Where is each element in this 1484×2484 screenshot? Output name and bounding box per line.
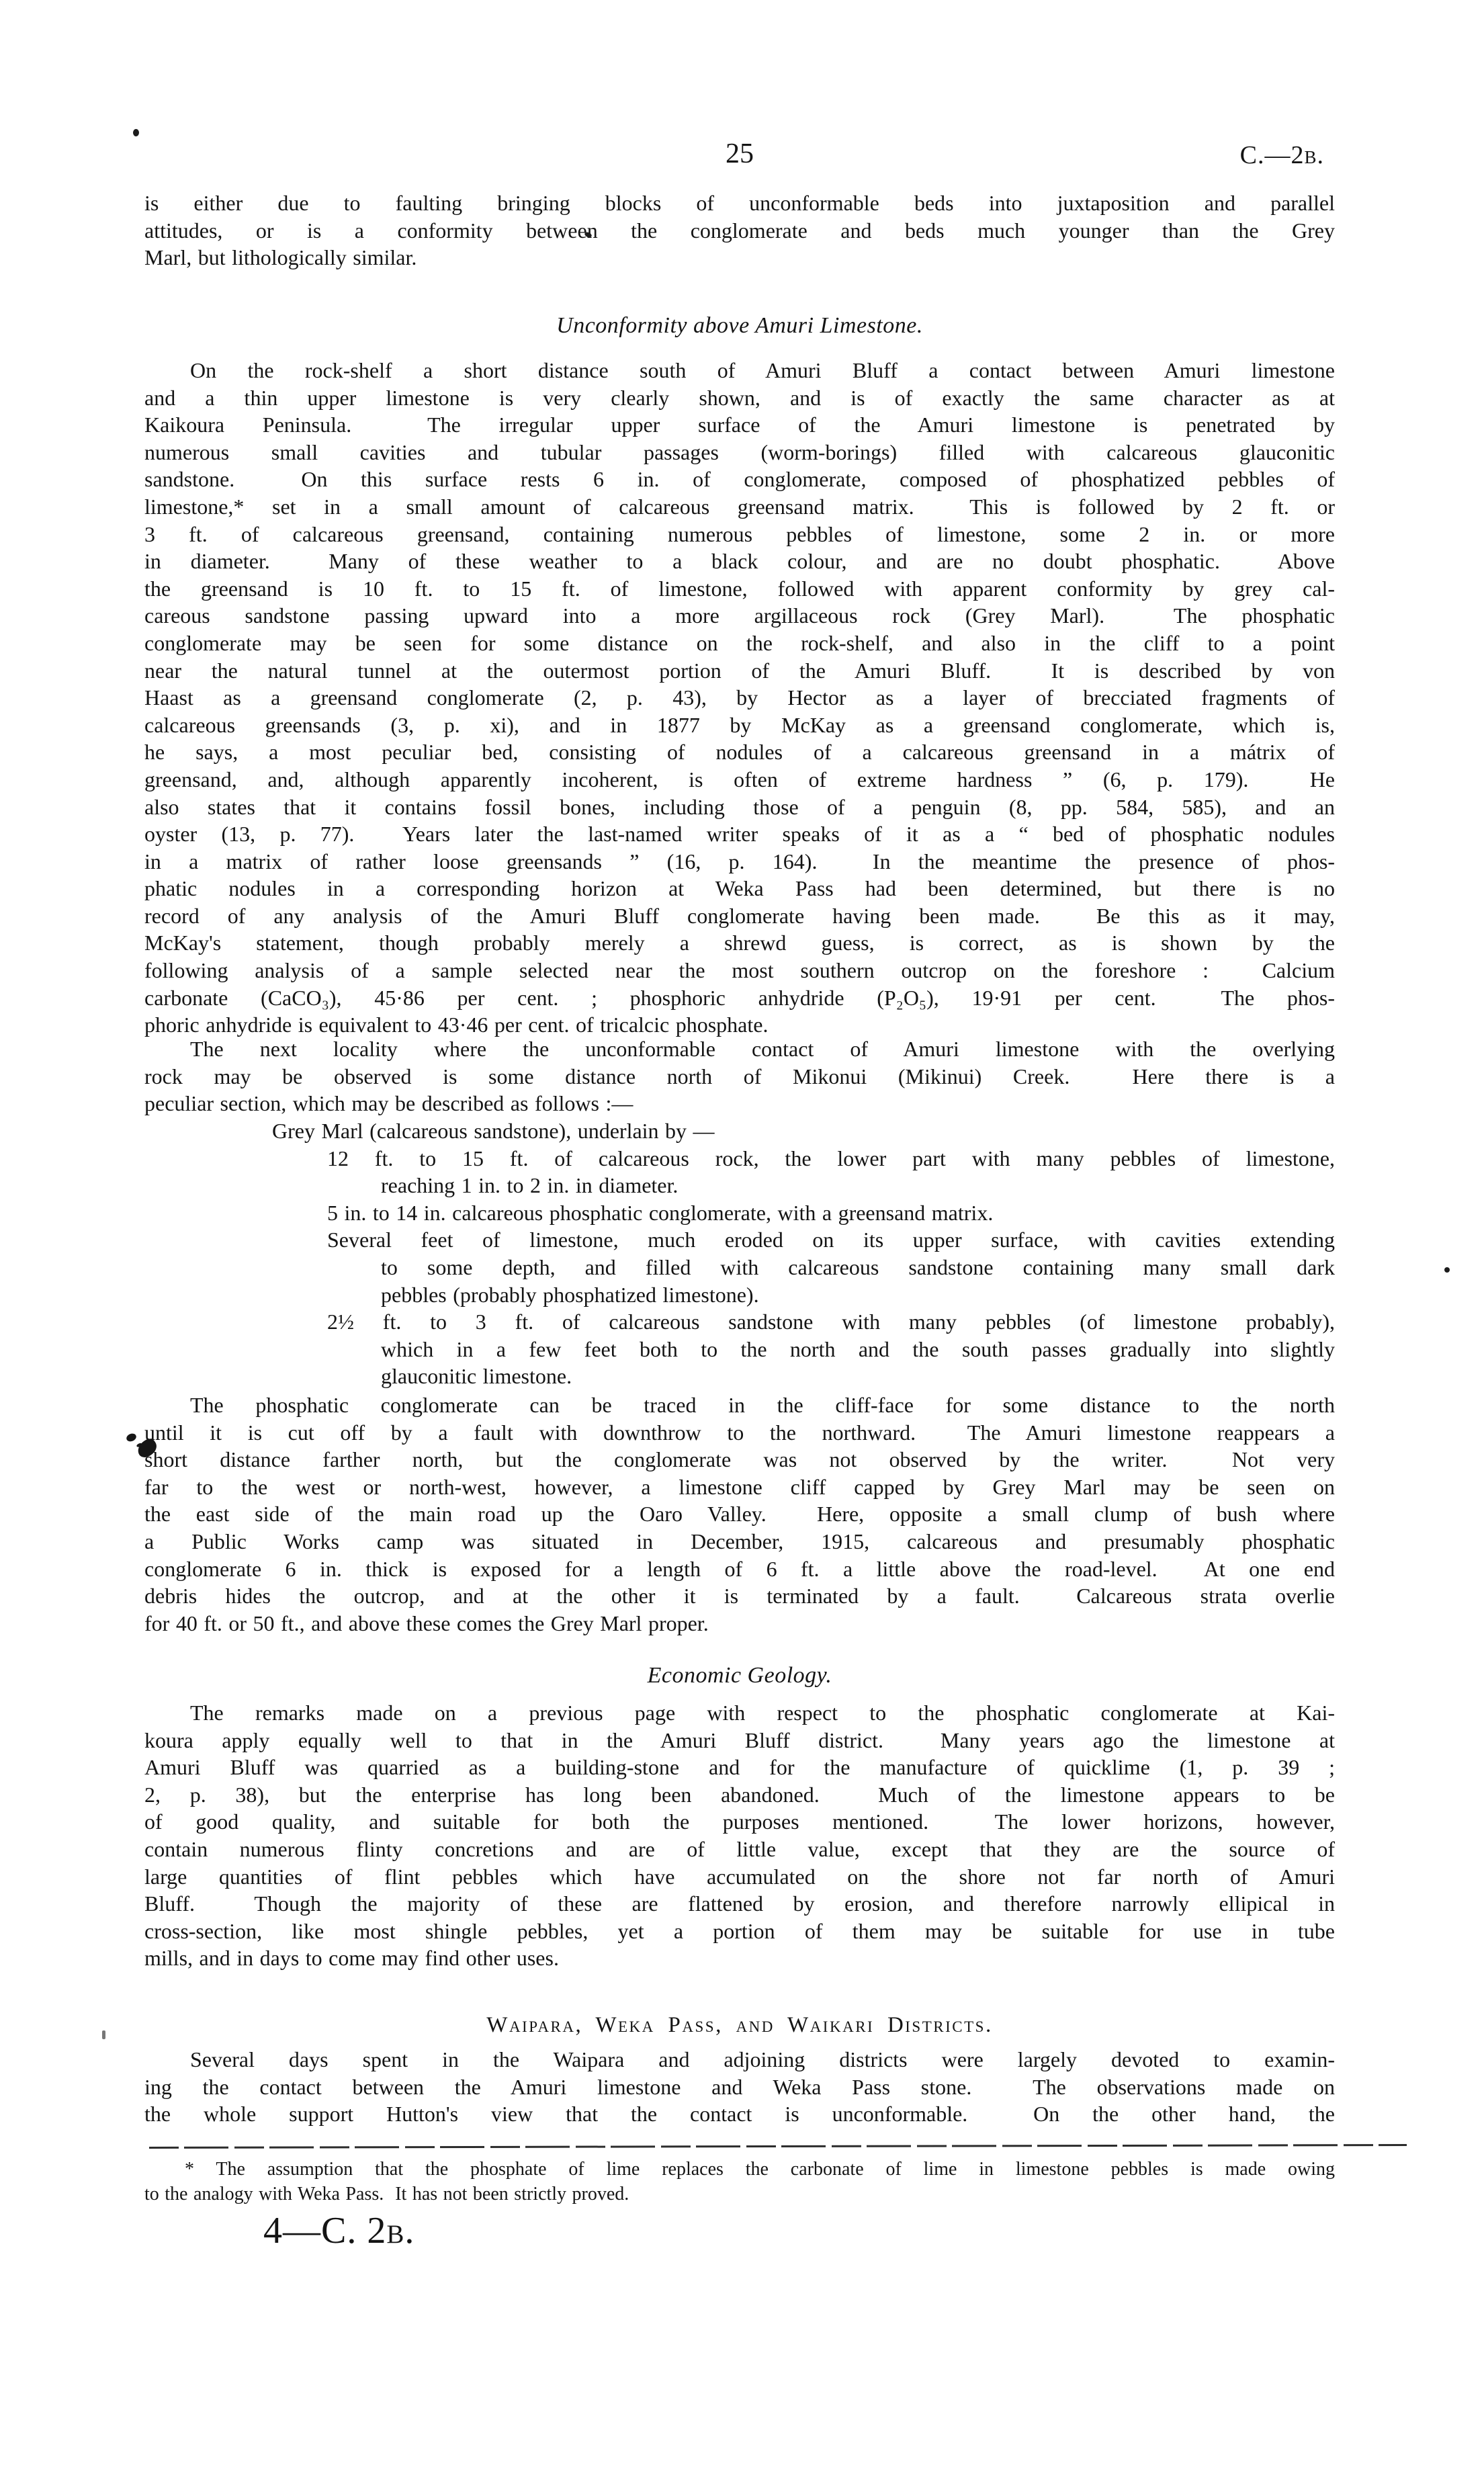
text-line: also states that it contains fossil bone…: [144, 794, 1335, 821]
text-line: rock may be observed is some distance no…: [144, 1063, 1335, 1090]
text-line: conglomerate 6 in. thick is exposed for …: [144, 1555, 1335, 1583]
scan-speck-artifact: [1444, 1267, 1450, 1273]
text-line: limestone,* set in a small amount of cal…: [144, 493, 1335, 521]
text-line: the whole support Hutton's view that the…: [144, 2100, 1335, 2128]
text-line: The remarks made on a previous page with…: [144, 1699, 1335, 1727]
text-line: in diameter. Many of these weather to a …: [144, 548, 1335, 575]
text-line: in a matrix of rather loose greensands ”…: [144, 848, 1335, 875]
text-line: 2, p. 38), but the enterprise has long b…: [144, 1781, 1335, 1809]
section-heading-economic-geology: Economic Geology.: [144, 1662, 1335, 1690]
list-line-phosphatic-conglomerate: 5 in. to 14 in. calcareous phosphatic co…: [327, 1199, 1335, 1227]
text-line: record of any analysis of the Amuri Bluf…: [144, 902, 1335, 930]
text-line: numerous small cavities and tubular pass…: [144, 439, 1335, 466]
section-heading-unconformity: Unconformity above Amuri Limestone.: [144, 312, 1335, 340]
text-line: calcareous greensands (3, p. xi), and in…: [144, 712, 1335, 739]
text-line: Kaikoura Peninsula. The irregular upper …: [144, 411, 1335, 439]
text-line: sandstone. On this surface rests 6 in. o…: [144, 466, 1335, 493]
text-line: Marl, but lithologically similar.: [144, 244, 1335, 271]
text-line: contain numerous flinty concretions and …: [144, 1836, 1335, 1863]
text-line: for 40 ft. or 50 ft., and above these co…: [144, 1610, 1335, 1637]
unconformity-paragraph-1: On the rock-shelf a short distance south…: [144, 357, 1335, 1039]
text-line: debris hides the outcrop, and at the oth…: [144, 1582, 1335, 1610]
text-line: until it is cut off by a fault with down…: [144, 1419, 1335, 1447]
text-line: On the rock-shelf a short distance south…: [144, 357, 1335, 384]
text-line: to the analogy with Weka Pass. It has no…: [144, 2182, 1335, 2207]
text-line: cross-section, like most shingle pebbles…: [144, 1918, 1335, 1945]
text-line: following analysis of a sample selected …: [144, 957, 1335, 984]
list-line-calcareous-sandstone-cont-1: which in a few feet both to the north an…: [381, 1336, 1335, 1363]
text-line: carbonate (CaCO₃), 45·86 per cent. ; pho…: [144, 984, 1335, 1012]
text-line: the east side of the main road up the Oa…: [144, 1500, 1335, 1528]
list-line-limestone: Several feet of limestone, much eroded o…: [327, 1226, 1335, 1254]
scanned-report-page: 25 C.—2b. is either due to faulting brin…: [0, 0, 1484, 2484]
text-line: mills, and in days to come may find othe…: [144, 1944, 1335, 1972]
list-line-calcareous-sandstone-cont-2: glauconitic limestone.: [381, 1363, 1335, 1390]
text-line: near the natural tunnel at the outermost…: [144, 657, 1335, 685]
text-line: Bluff. Though the majority of these are …: [144, 1890, 1335, 1918]
ink-blot-artifact: [126, 1434, 163, 1466]
text-line: attitudes, or is a conformity between th…: [144, 217, 1335, 245]
text-line: large quantities of flint pebbles which …: [144, 1863, 1335, 1891]
text-line: Amuri Bluff was quarried as a building-s…: [144, 1754, 1335, 1781]
waipara-paragraph: Several days spent in the Waipara and ad…: [144, 2046, 1335, 2128]
scan-speck-artifact: [102, 2030, 105, 2039]
text-line: oyster (13, p. 77). Years later the last…: [144, 820, 1335, 848]
scan-speck-artifact: [133, 129, 139, 136]
text-line: he says, a most peculiar bed, consisting…: [144, 738, 1335, 766]
text-line: The next locality where the unconformabl…: [144, 1035, 1335, 1063]
footnote: * The assumption that the phosphate of l…: [144, 2157, 1335, 2207]
text-line: 3 ft. of calcareous greensand, containin…: [144, 521, 1335, 548]
list-line-calcareous-rock-cont: reaching 1 in. to 2 in. in diameter.: [381, 1172, 1335, 1199]
list-line-limestone-cont-1: to some depth, and filled with calcareou…: [381, 1254, 1335, 1281]
intro-paragraph: is either due to faulting bringing block…: [144, 189, 1335, 271]
text-line: ing the contact between the Amuri limest…: [144, 2073, 1335, 2101]
text-line: * The assumption that the phosphate of l…: [144, 2157, 1335, 2182]
section-heading-waipara-districts: Waipara, Weka Pass, and Waikari District…: [144, 2011, 1335, 2039]
text-line: The phosphatic conglomerate can be trace…: [144, 1391, 1335, 1419]
text-line: the greensand is 10 ft. to 15 ft. of lim…: [144, 575, 1335, 603]
text-line: greensand, and, although apparently inco…: [144, 766, 1335, 794]
list-line-limestone-cont-2: pebbles (probably phosphatized limestone…: [381, 1281, 1335, 1309]
text-line: phatic nodules in a corresponding horizo…: [144, 875, 1335, 902]
catch-line: 4—C. 2b.: [263, 2211, 414, 2250]
publication-reference: C.—2b.: [1240, 141, 1324, 169]
text-line: a Public Works camp was situated in Dece…: [144, 1528, 1335, 1555]
list-line-grey-marl: Grey Marl (calcareous sandstone), underl…: [272, 1117, 1335, 1145]
list-line-calcareous-rock: 12 ft. to 15 ft. of calcareous rock, the…: [327, 1145, 1335, 1172]
unconformity-paragraph-3: The phosphatic conglomerate can be trace…: [144, 1391, 1335, 1637]
text-line: Haast as a greensand conglomerate (2, p.…: [144, 684, 1335, 712]
text-line: conglomerate may be seen for some distan…: [144, 630, 1335, 657]
text-line: and a thin upper limestone is very clear…: [144, 384, 1335, 412]
page-header: 25 C.—2b.: [0, 138, 1484, 176]
economic-geology-paragraph: The remarks made on a previous page with…: [144, 1699, 1335, 1972]
text-line: Several days spent in the Waipara and ad…: [144, 2046, 1335, 2073]
text-line: far to the west or north-west, however, …: [144, 1473, 1335, 1501]
stratigraphic-section-list: Grey Marl (calcareous sandstone), underl…: [144, 1117, 1335, 1390]
text-line: is either due to faulting bringing block…: [144, 189, 1335, 217]
text-line: McKay's statement, though probably merel…: [144, 929, 1335, 957]
footnote-rule: [149, 2144, 1407, 2149]
page-number: 25: [144, 138, 1335, 169]
text-line: phoric anhydride is equivalent to 43·46 …: [144, 1011, 1335, 1039]
list-line-calcareous-sandstone: 2½ ft. to 3 ft. of calcareous sandstone …: [327, 1308, 1335, 1336]
text-line: of good quality, and suitable for both t…: [144, 1808, 1335, 1836]
text-line: short distance farther north, but the co…: [144, 1446, 1335, 1473]
text-line: koura apply equally well to that in the …: [144, 1727, 1335, 1754]
text-line: peculiar section, which may be described…: [144, 1090, 1335, 1117]
unconformity-paragraph-2: The next locality where the unconformabl…: [144, 1035, 1335, 1117]
text-line: careous sandstone passing upward into a …: [144, 602, 1335, 630]
